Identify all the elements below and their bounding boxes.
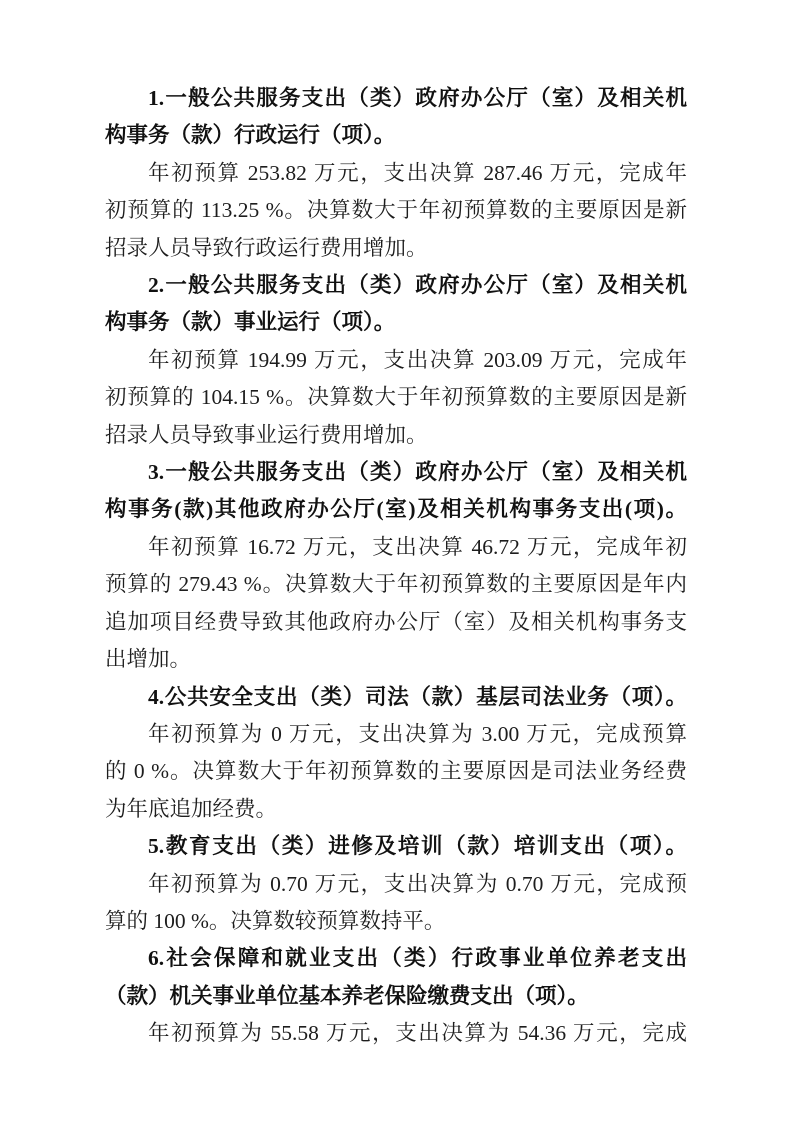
heading-line: 2.一般公共服务支出（类）政府办公厅（室）及相关机 <box>105 267 687 304</box>
section-3-heading: 3.一般公共服务支出（类）政府办公厅（室）及相关机 构事务(款)其他政府办公厅(… <box>105 454 687 529</box>
document-page: 1.一般公共服务支出（类）政府办公厅（室）及相关机 构事务（款）行政运行（项）。… <box>0 0 793 1122</box>
body-line: 出增加。 <box>105 641 687 678</box>
body-line: 年初预算为 0 万元，支出决算为 3.00 万元，完成预算 <box>105 716 687 753</box>
body-line: 为年底追加经费。 <box>105 791 687 828</box>
section-2-body: 年初预算 194.99 万元，支出决算 203.09 万元，完成年 初预算的 1… <box>105 342 687 454</box>
heading-line: 3.一般公共服务支出（类）政府办公厅（室）及相关机 <box>105 454 687 491</box>
body-line: 年初预算 16.72 万元，支出决算 46.72 万元，完成年初 <box>105 529 687 566</box>
body-line: 预算的 279.43 %。决算数大于年初预算数的主要原因是年内 <box>105 566 687 603</box>
section-4-heading: 4.公共安全支出（类）司法（款）基层司法业务（项）。 <box>105 679 687 716</box>
body-line: 年初预算为 55.58 万元，支出决算为 54.36 万元，完成 <box>105 1015 687 1052</box>
section-1-heading: 1.一般公共服务支出（类）政府办公厅（室）及相关机 构事务（款）行政运行（项）。 <box>105 80 687 155</box>
heading-line: 4.公共安全支出（类）司法（款）基层司法业务（项）。 <box>105 679 687 716</box>
section-2-heading: 2.一般公共服务支出（类）政府办公厅（室）及相关机 构事务（款）事业运行（项）。 <box>105 267 687 342</box>
section-1-body: 年初预算 253.82 万元，支出决算 287.46 万元，完成年 初预算的 1… <box>105 155 687 267</box>
heading-line: 构事务（款）事业运行（项）。 <box>105 304 687 341</box>
section-5-heading: 5.教育支出（类）进修及培训（款）培训支出（项）。 <box>105 828 687 865</box>
body-line: 年初预算为 0.70 万元，支出决算为 0.70 万元，完成预 <box>105 866 687 903</box>
body-line: 追加项目经费导致其他政府办公厅（室）及相关机构事务支 <box>105 604 687 641</box>
section-5-body: 年初预算为 0.70 万元，支出决算为 0.70 万元，完成预 算的 100 %… <box>105 866 687 941</box>
budget-item-2: 2.一般公共服务支出（类）政府办公厅（室）及相关机 构事务（款）事业运行（项）。… <box>105 267 687 454</box>
heading-line: 构事务(款)其他政府办公厅(室)及相关机构事务支出(项)。 <box>105 491 687 528</box>
body-line: 的 0 %。决算数大于年初预算数的主要原因是司法业务经费 <box>105 753 687 790</box>
section-6-heading: 6.社会保障和就业支出（类）行政事业单位养老支出 （款）机关事业单位基本养老保险… <box>105 940 687 1015</box>
body-line: 初预算的 104.15 %。决算数大于年初预算数的主要原因是新 <box>105 379 687 416</box>
body-line: 初预算的 113.25 %。决算数大于年初预算数的主要原因是新 <box>105 192 687 229</box>
budget-item-1: 1.一般公共服务支出（类）政府办公厅（室）及相关机 构事务（款）行政运行（项）。… <box>105 80 687 267</box>
body-line: 招录人员导致行政运行费用增加。 <box>105 230 687 267</box>
budget-item-5: 5.教育支出（类）进修及培训（款）培训支出（项）。 年初预算为 0.70 万元，… <box>105 828 687 940</box>
body-line: 算的 100 %。决算数较预算数持平。 <box>105 903 687 940</box>
heading-line: 1.一般公共服务支出（类）政府办公厅（室）及相关机 <box>105 80 687 117</box>
heading-line: 构事务（款）行政运行（项）。 <box>105 117 687 154</box>
heading-line: （款）机关事业单位基本养老保险缴费支出（项）。 <box>105 978 687 1015</box>
budget-item-3: 3.一般公共服务支出（类）政府办公厅（室）及相关机 构事务(款)其他政府办公厅(… <box>105 454 687 678</box>
body-line: 年初预算 194.99 万元，支出决算 203.09 万元，完成年 <box>105 342 687 379</box>
heading-line: 6.社会保障和就业支出（类）行政事业单位养老支出 <box>105 940 687 977</box>
body-line: 年初预算 253.82 万元，支出决算 287.46 万元，完成年 <box>105 155 687 192</box>
heading-line: 5.教育支出（类）进修及培训（款）培训支出（项）。 <box>105 828 687 865</box>
section-6-body: 年初预算为 55.58 万元，支出决算为 54.36 万元，完成 <box>105 1015 687 1052</box>
body-line: 招录人员导致事业运行费用增加。 <box>105 417 687 454</box>
budget-item-4: 4.公共安全支出（类）司法（款）基层司法业务（项）。 年初预算为 0 万元，支出… <box>105 679 687 829</box>
section-4-body: 年初预算为 0 万元，支出决算为 3.00 万元，完成预算 的 0 %。决算数大… <box>105 716 687 828</box>
budget-item-6: 6.社会保障和就业支出（类）行政事业单位养老支出 （款）机关事业单位基本养老保险… <box>105 940 687 1052</box>
section-3-body: 年初预算 16.72 万元，支出决算 46.72 万元，完成年初 预算的 279… <box>105 529 687 679</box>
